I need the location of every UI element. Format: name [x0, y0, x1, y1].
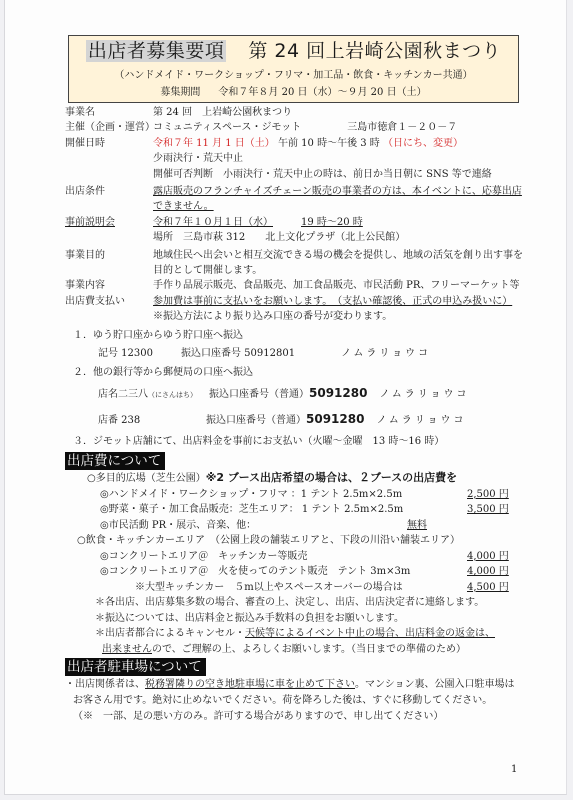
cancel-note: ＊出店者都合によるキャンセル・天候等によるイベント中止の場合、出店料金の返金は、 — [65, 626, 525, 642]
transfer-fee-note: ＊振込については、出店料金と振込み手数料の負担をお願いします。 — [65, 611, 525, 627]
category-label: ○多目的広場（芝生公園） — [87, 473, 206, 484]
organizer-label: 主催（企画・運営） — [65, 120, 153, 135]
period-label: 募集期間 — [160, 87, 200, 98]
conditions-value: 露店販売のフランチャイズチェーン販売の事業者の方は、本イベントに、応募出店できま… — [153, 184, 525, 215]
bank-account-line-2: 店番 238振込口座番号（普通）5091280ノムラリョウコ — [65, 407, 525, 433]
fee-desc: ◎市民活動 PR・展示、音楽、他： — [100, 518, 407, 534]
event-time: 午前 10 時～午後 3 時 — [278, 138, 380, 149]
fee-price: 3,500 円 — [467, 502, 525, 518]
briefing-date: 令和７年１０月１日（水） — [153, 217, 273, 228]
fee-desc: ◎コンクリートエリア＠ キッチンカー等販売 — [100, 549, 467, 565]
fee-price: 4,500 円 — [467, 580, 525, 596]
payment-method-1: １．ゆう貯口座からゆう貯口座へ振込 — [65, 327, 525, 344]
account-holder: ノムラリョウコ — [341, 348, 431, 359]
event-date: 令和７年 11 月 1 日（土） — [153, 138, 275, 149]
branch-name: 店名二三八 — [98, 389, 148, 400]
event-name-label: 事業名 — [65, 105, 153, 120]
briefing-row: 事前説明会 令和７年１０月１日（水）19 時～20 時 — [65, 215, 525, 230]
parking-line-2: お客さん用です。絶対に止めないでください。荷を降ろした後は、すぐに移動してくださ… — [55, 693, 525, 709]
purpose-value: 地域住民へ出会いと相互交流できる場の機会を提供し、地域の活気を創り出す事を目的と… — [153, 248, 525, 279]
content-label: 事業内容 — [65, 278, 153, 293]
account-number: 5091280 — [306, 412, 364, 426]
payment-method-3: ３．ジモット店舗にて、出店料金を事前にお支払い（火曜～金曜 13 時～16 時） — [65, 433, 525, 450]
payment-method-2: ２．他の銀行等から郵便局の口座へ振込 — [65, 364, 525, 381]
payment-note: ※振込方法により振り込み口座の番号が変わります。 — [65, 309, 525, 324]
fee-price: 4,000 円 — [467, 564, 525, 580]
account-label: 振込口座番号（普通） — [206, 415, 306, 426]
selection-note: ＊各出店、出店募集多数の場合、審査の上、決定し、出店、出店決定者に連絡します。 — [65, 595, 525, 611]
fees-heading: 出店費について — [65, 452, 165, 470]
briefing-label: 事前説明会 — [65, 215, 153, 230]
parking-section: ・出店関係者は、税務署隣りの空き地駐車場に車を止めて下さい。マンション裏、公園入… — [55, 677, 525, 725]
fee-category-lawn: ○多目的広場（芝生公園）※2 ブース出店希望の場合は、２ブースの出店費を — [65, 470, 525, 487]
payment-value: 参加費は事前に支払いをお願いします。 （支払い確認後、正式の申込み扱いに） — [153, 294, 525, 309]
fee-item: ◎コンクリートエリア＠ 火を使ってのテント販売 テント 3m×3m4,000 円 — [65, 564, 525, 580]
purpose-row: 事業目的 地域住民へ出会いと相互交流できる場の機会を提供し、地域の活気を創り出す… — [65, 248, 525, 279]
parking-rest: 。マンション裏、公園入口駐車場は — [355, 679, 515, 690]
account-symbol: 記号 12300 — [98, 348, 153, 359]
parking-prefix: ・出店関係者は、 — [65, 679, 145, 690]
cancel-no-refund: 出来ません — [102, 644, 152, 655]
payment-row: 出店費支払い 参加費は事前に支払いをお願いします。 （支払い確認後、正式の申込み… — [65, 294, 525, 309]
recruitment-period: 募集期間令和７年８月 20 日（水）～９月 20 日（土） — [69, 85, 518, 101]
period-value: 令和７年８月 20 日（水）～９月 20 日（土） — [218, 87, 426, 98]
branch-number: 店番 238 — [98, 409, 206, 433]
datetime-label: 開催日時 — [65, 136, 153, 151]
weather-policy: 少雨決行・荒天中止 — [65, 151, 525, 166]
fee-desc: ◎野菜・菓子・加工食品販売：芝生エリア： 1 テント 2.5m×2.5m — [100, 502, 467, 518]
account-holder: ノムラリョウコ — [379, 389, 469, 400]
parking-line-3: （※ 一部、足の悪い方のみ。許可する場合がありますので、申し出てください） — [55, 709, 525, 725]
conditions-row: 出店条件 露店販売のフランチャイズチェーン販売の事業者の方は、本イベントに、応募… — [65, 184, 525, 215]
subtitle: （ハンドメイド・ワークショップ・フリマ・加工品・飲食・キッチンカー共通） — [69, 67, 518, 85]
two-booth-note: ※2 ブース出店希望の場合は、２ブースの出店費を — [206, 471, 457, 484]
event-name-row: 事業名 第 24 回 上岩崎公園秋まつり — [65, 105, 525, 120]
postal-account-line: 記号 12300振込口座番号 50912801ノムラリョウコ — [65, 344, 525, 364]
title-event: 第 24 回上岩崎公園秋まつり — [248, 40, 501, 62]
fee-item: ◎コンクリートエリア＠ キッチンカー等販売4,000 円 — [65, 549, 525, 565]
page-number: 1 — [511, 764, 517, 775]
title-main: 出店者募集要項 — [86, 40, 227, 62]
branch-reading: （にさんはち） — [148, 391, 197, 399]
header-box: 出店者募集要項第 24 回上岩崎公園秋まつり （ハンドメイド・ワークショップ・フ… — [68, 35, 519, 103]
page-title: 出店者募集要項第 24 回上岩崎公園秋まつり — [69, 39, 518, 63]
organizer-value: コミュニティスペース・ジモット — [153, 122, 301, 133]
cancel-note-cont: 出来ませんので、ご理解の上、よろしくお願いします。（当日までの準備のため） — [65, 642, 525, 658]
cancel-rest: ので、ご理解の上、よろしくお願いします。（当日までの準備のため） — [152, 644, 466, 655]
briefing-time: 19 時～20 時 — [301, 217, 363, 228]
document-page: 出店者募集要項第 24 回上岩崎公園秋まつり （ハンドメイド・ワークショップ・フ… — [4, 0, 567, 795]
conditions-label: 出店条件 — [65, 184, 153, 215]
bank-account-line-1: 店名二三八（にさんはち）振込口座番号（普通）5091280ノムラリョウコ — [65, 381, 525, 407]
fee-price: 4,000 円 — [467, 549, 525, 565]
content-row: 事業内容 手作り品展示販売、食品販売、加工食品販売、市民活動 PR、フリーマーケ… — [65, 278, 525, 293]
date-change-note: （日にち、変更） — [383, 138, 463, 149]
parking-line-1: ・出店関係者は、税務署隣りの空き地駐車場に車を止めて下さい。マンション裏、公園入… — [55, 677, 525, 693]
fee-item-large-kitchen-car: ※大型キッチンカー ５m以上やスペースオーバーの場合は4,500 円 — [65, 580, 525, 596]
account-number: 振込口座番号 50912801 — [181, 348, 295, 359]
fee-desc: ※大型キッチンカー ５m以上やスペースオーバーの場合は — [135, 580, 467, 596]
organizer-address: 三島市徳倉１－２０－７ — [347, 122, 457, 133]
fee-item: ◎野菜・菓子・加工食品販売：芝生エリア： 1 テント 2.5m×2.5m3,50… — [65, 502, 525, 518]
purpose-label: 事業目的 — [65, 248, 153, 279]
fee-desc: ◎ハンドメイド・ワークショップ・フリマ ：1 テント 2.5m×2.5m — [100, 487, 467, 503]
fee-item: ◎ハンドメイド・ワークショップ・フリマ ：1 テント 2.5m×2.5m2,50… — [65, 487, 525, 503]
content-value: 手作り品展示販売、食品販売、加工食品販売、市民活動 PR、フリーマーケット等 — [153, 278, 525, 293]
organizer-row: 主催（企画・運営） コミュニティスペース・ジモット三島市徳倉１－２０－７ — [65, 120, 525, 135]
fees-list: ○多目的広場（芝生公園）※2 ブース出店希望の場合は、２ブースの出店費を ◎ハン… — [65, 470, 525, 657]
account-holder: ノムラリョウコ — [376, 415, 466, 426]
event-name-value: 第 24 回 上岩崎公園秋まつり — [153, 105, 525, 120]
account-number: 5091280 — [309, 386, 367, 400]
briefing-place: 場所 三島市萩 312 北上文化プラザ（北上公民館） — [65, 230, 525, 245]
fee-item: ◎市民活動 PR・展示、音楽、他：無料 — [65, 518, 525, 534]
fee-desc: ◎コンクリートエリア＠ 火を使ってのテント販売 テント 3m×3m — [100, 564, 467, 580]
cancel-prefix: ＊出店者都合によるキャンセル・ — [95, 628, 245, 639]
details-section: 事業名 第 24 回 上岩崎公園秋まつり 主催（企画・運営） コミュニティスペー… — [65, 105, 525, 725]
fee-price: 無料 — [407, 518, 525, 534]
decision-policy: 開催可否判断 小雨決行・荒天中止の時は、前日か当日朝に SNS 等で連絡 — [65, 167, 525, 182]
parking-location: 税務署隣りの空き地駐車場に車を止めて下さい — [145, 679, 355, 690]
parking-heading: 出店者駐車場について — [65, 658, 206, 676]
account-label: 振込口座番号（普通） — [209, 389, 309, 400]
cancel-underlined: 天候等によるイベント中止の場合、出店料金の返金は、 — [245, 628, 495, 639]
fee-price: 2,500 円 — [467, 487, 525, 503]
fee-category-food: ○飲食・キッチンカーエリア （公園上段の舗装エリアと、下段の川沿い舗装エリア） — [65, 533, 525, 549]
payment-methods: １．ゆう貯口座からゆう貯口座へ振込 記号 12300振込口座番号 5091280… — [65, 327, 525, 450]
datetime-row: 開催日時 令和７年 11 月 1 日（土） 午前 10 時～午後 3 時 （日に… — [65, 136, 525, 151]
payment-label: 出店費支払い — [65, 294, 153, 309]
